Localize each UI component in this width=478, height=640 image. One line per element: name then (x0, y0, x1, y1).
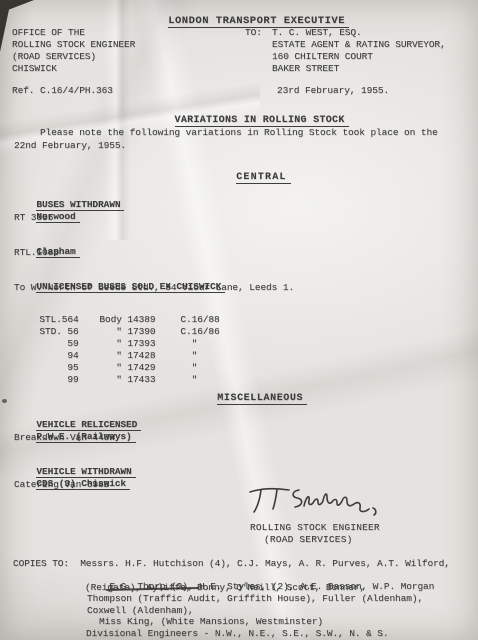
sender-address-line: (ROAD SERVICES) (12, 51, 96, 62)
ink-speck (2, 399, 7, 403)
memo-page: LONDON TRANSPORT EXECUTIVE OFFICE OF THE… (0, 0, 478, 640)
recipient-address-line: ESTATE AGENT & RATING SURVEYOR, (272, 39, 446, 50)
sender-address-line: CHISWICK (12, 63, 57, 74)
section-heading-miscellaneous-text: MISCELLANEOUS (217, 393, 307, 405)
withdrawn-vehicle: RT 3955 (14, 212, 53, 223)
section-heading-central-text: CENTRAL (236, 172, 290, 184)
signature-handwriting (246, 482, 388, 520)
recipient-label: TO: (245, 27, 262, 38)
recipient-address-line: T. C. WEST, ESQ. (272, 27, 362, 38)
intro-line: 22nd February, 1955. (14, 140, 126, 151)
ref-number: Ref. C.16/4/PH.363 (12, 85, 113, 96)
copies-line: Thompson (Traffic Audit, Griffith House)… (87, 593, 423, 604)
withdrawn-vehicle: Catering Van 698B (14, 479, 109, 490)
subject-heading-text: VARIATIONS IN ROLLING STOCK (175, 115, 349, 127)
copies-line: Miss King, (White Mansions, Westminster) (99, 616, 323, 627)
relicensed-vehicle: Breakdown Van 443W (14, 432, 115, 443)
buyer-line: To W. North of Leeds Ltd., 94 Vicar Lane… (14, 282, 294, 293)
copies-line: (Reigate), Ayliffe, Bonny, O'Neill, Scot… (85, 582, 365, 593)
sender-address-line: ROLLING STOCK ENGINEER (12, 39, 135, 50)
signature-role-line: (ROAD SERVICES) (264, 534, 353, 545)
intro-line: Please note the following variations in … (40, 127, 438, 138)
recipient-address-line: 160 CHILTERN COURT (272, 51, 373, 62)
withdrawn-vehicle: RTL.1086 (14, 247, 59, 258)
signature-role-line: ROLLING STOCK ENGINEER (250, 522, 380, 533)
scan-corner-shadow (0, 0, 11, 52)
recipient-address-line: BAKER STREET (272, 63, 339, 74)
copies-line: Divisional Engineers - N.W., N.E., S.E.,… (86, 628, 388, 639)
memo-date: 23rd February, 1955. (277, 85, 389, 96)
copies-line: COPIES TO: Messrs. H.F. Hutchison (4), C… (13, 558, 450, 569)
copies-line: Coxwell (Aldenham), (87, 605, 193, 616)
sender-address-line: OFFICE OF THE (12, 27, 85, 38)
